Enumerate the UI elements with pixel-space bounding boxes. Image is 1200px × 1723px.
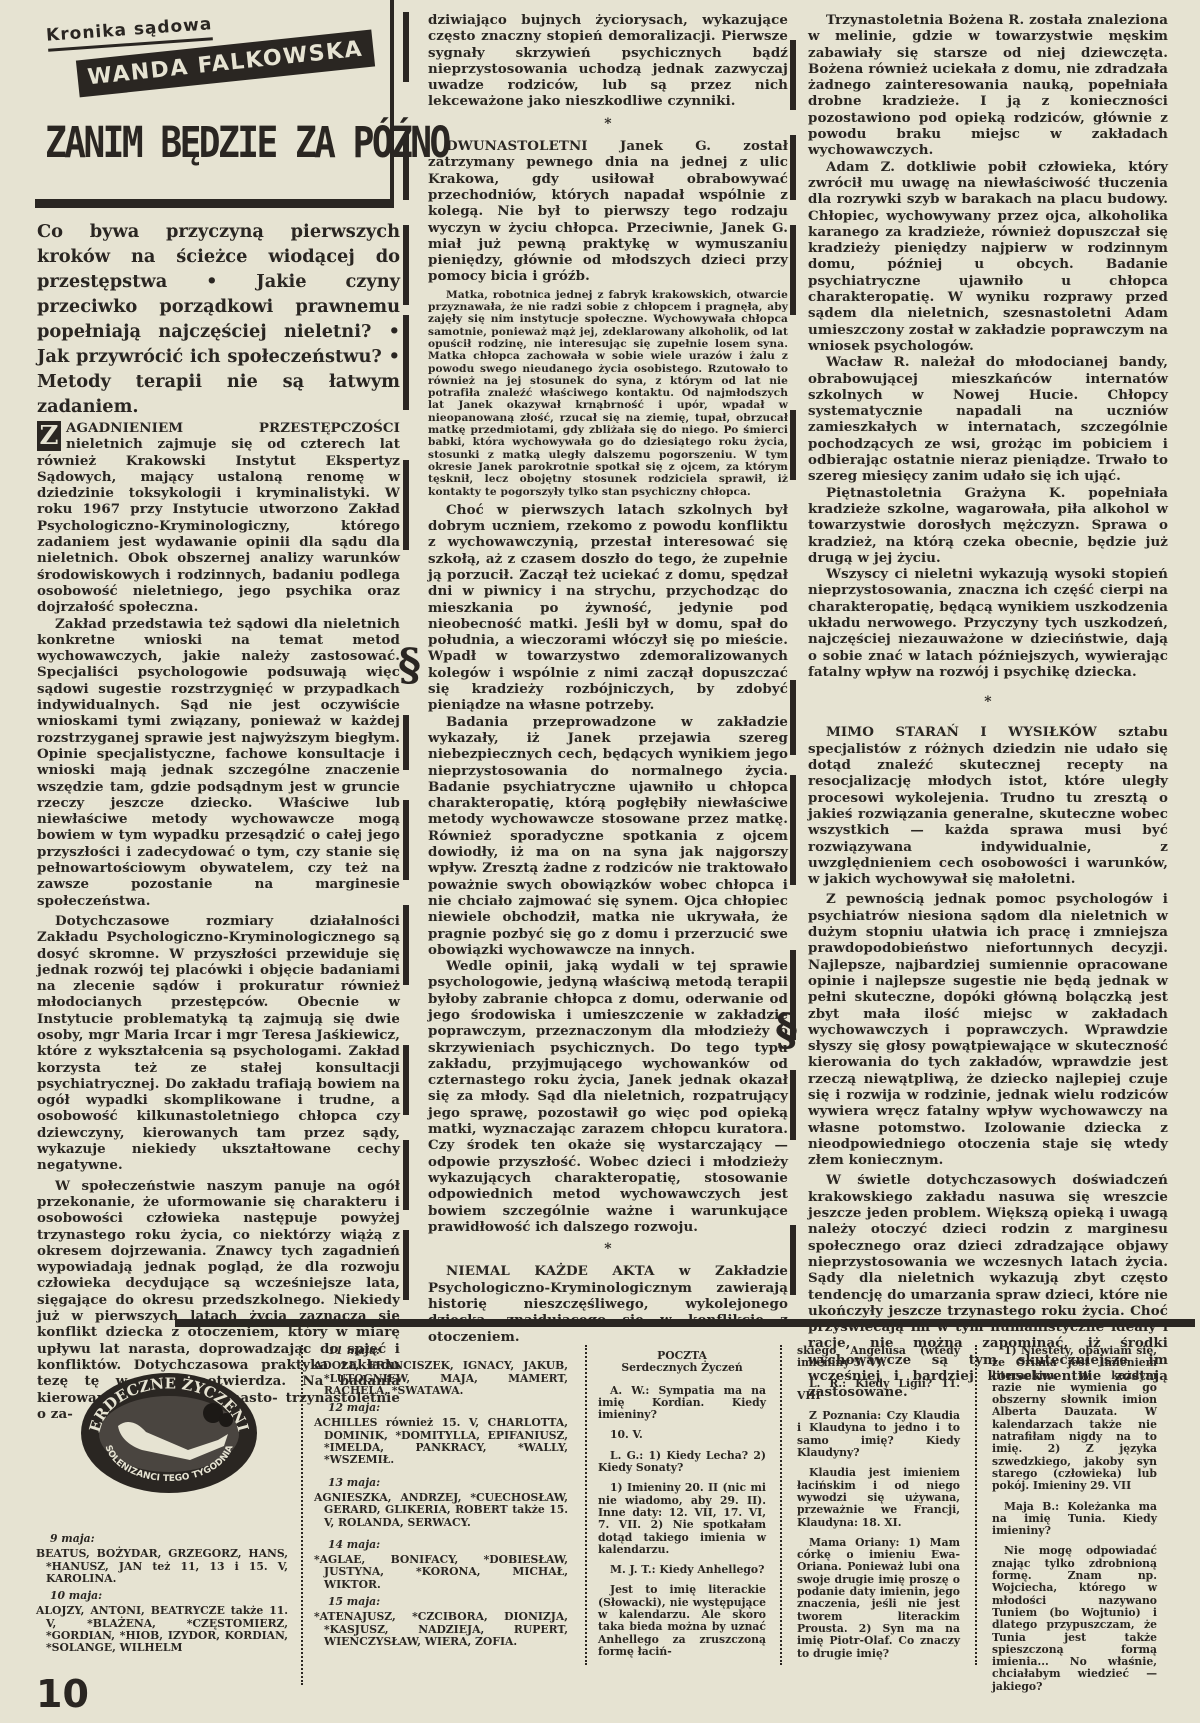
- mailbox-entry: 1) Niestety, obawiam się, że Oriana jest…: [992, 1345, 1157, 1493]
- article-paragraph: ZAGADNIENIEM PRZESTĘPCZOŚCI nieletnich z…: [37, 420, 400, 616]
- mailbox-column-3: 1) Niestety, obawiam się, że Oriana jest…: [992, 1345, 1157, 1701]
- article-headline: ZANIM BĘDZIE ZA PÓŹNO: [45, 118, 449, 168]
- column-rule: [790, 680, 796, 755]
- column-rule: [790, 1070, 796, 1140]
- mailbox-entry: Maja B.: Koleżanka ma na imię Tunia. Kie…: [992, 1501, 1157, 1538]
- column-rule: [790, 135, 796, 200]
- article-paragraph: DWUNASTOLETNI Janek G. został zatrzymany…: [428, 138, 788, 285]
- article-column-1: ZAGADNIENIEM PRZESTĘPCZOŚCI nieletnich z…: [37, 420, 400, 1422]
- column-rule: [790, 775, 796, 885]
- mailbox-entry: L. R.: Kiedy Ligii? 11. VIII: [797, 1378, 960, 1403]
- section-separator: *: [428, 1241, 788, 1257]
- mailbox-subtitle: Serdecznych Życzeń: [598, 1362, 766, 1374]
- mailbox-entry: A. W.: Sympatia ma na imię Kordian. Kied…: [598, 1385, 766, 1422]
- name-day-list: ADOLF, FRANCISZEK, IGNACY, JAKUB, *LUTOG…: [314, 1360, 568, 1397]
- mailbox-entry: 1) Imieniny 20. II (nic mi nie wiadomo, …: [598, 1482, 766, 1556]
- mailbox-column-2: skiego Angelusa (wtedy imieniny 5. V). L…: [797, 1345, 960, 1668]
- column-rule: [403, 1230, 409, 1300]
- column-rule: [403, 715, 409, 770]
- name-day-date: 11 maja:: [328, 1345, 568, 1357]
- dotted-divider: [301, 1345, 303, 1685]
- article-paragraph: Piętnastoletnia Grażyna K. popełniała kr…: [808, 485, 1168, 566]
- article-paragraph: Choć w pierwszych latach szkolnych był d…: [428, 502, 788, 714]
- mailbox-entry: L. G.: 1) Kiedy Lecha? 2) Kiedy Sonaty?: [598, 1450, 766, 1475]
- section-divider: [175, 1319, 1195, 1327]
- name-day-list: *AGLAE, BONIFACY, *DOBIESŁAW, JUSTYNA, *…: [314, 1554, 568, 1591]
- name-day-date: 12 maja:: [328, 1402, 568, 1414]
- mailbox-entry: Nie mogę odpowiadać znając tylko zdrobni…: [992, 1545, 1157, 1693]
- article-paragraph: Z pewnością jednak pomoc psychologów i p…: [808, 891, 1168, 1168]
- name-day-list: BEATUS, BOŻYDAR, GRZEGORZ, HANS, *HANUSZ…: [36, 1548, 288, 1585]
- paragraph-sign-icon: §: [775, 1005, 798, 1056]
- column-rule: [790, 410, 796, 480]
- article-paragraph: NIEMAL KAŻDE AKTA w Zakładzie Psychologi…: [428, 1263, 788, 1344]
- mailbox-entry: 10. V.: [598, 1429, 766, 1441]
- dotted-divider: [585, 1345, 587, 1665]
- article-column-2: dziwiająco bujnych życiorysach, wykazują…: [428, 12, 788, 1345]
- column-rule: [790, 1225, 796, 1295]
- drop-cap: Z: [37, 421, 61, 451]
- column-rule: [790, 40, 796, 110]
- paragraph-sign-icon: §: [398, 640, 421, 691]
- name-day-list: *ATENAJUSZ, *CZCIBORA, DIONIZJA, *KASJUS…: [314, 1611, 568, 1648]
- column-rule: [403, 800, 409, 880]
- article-paragraph: Wedle opinii, jaką wydali w tej sprawie …: [428, 958, 788, 1235]
- mailbox-entry: Klaudia jest imieniem łacińskim i od nie…: [797, 1467, 960, 1528]
- article-paragraph: Wacław R. należał do młodocianej bandy, …: [808, 354, 1168, 484]
- mailbox-entry: Z Poznania: Czy Klaudia i Klaudyna to je…: [797, 1410, 960, 1459]
- article-paragraph: Trzynastoletnia Bożena R. została znalez…: [808, 12, 1168, 159]
- newspaper-page: Kronika sądowa WANDA FALKOWSKA ZANIM BĘD…: [0, 0, 1200, 1723]
- name-day-list: AGNIESZKA, ANDRZEJ, *CUECHOSŁAW, GERARD,…: [314, 1492, 568, 1529]
- name-day-date: 14 maja:: [328, 1539, 568, 1551]
- article-paragraph: MIMO STARAŃ I WYSIŁKÓW sztabu specjalist…: [808, 724, 1168, 887]
- name-day-date: 13 maja:: [328, 1477, 568, 1489]
- article-lead: Co bywa przyczyną pierwszych kroków na ś…: [37, 219, 400, 419]
- mailbox-entry: Mama Oriany: 1) Mam córkę o imieniu Ewa-…: [797, 1537, 960, 1660]
- article-paragraph: Wszyscy ci nieletni wykazują wysoki stop…: [808, 566, 1168, 680]
- article-paragraph: Dotychczasowe rozmiary działalności Zakł…: [37, 913, 400, 1174]
- mailbox-entry: M. J. T.: Kiedy Anhellego?: [598, 1564, 766, 1576]
- article-paragraph: Adam Z. dotkliwie pobił człowieka, który…: [808, 159, 1168, 355]
- headline-frame-bottom: [35, 199, 394, 208]
- column-rule: [403, 1045, 409, 1115]
- name-day-list: ACHILLES również 15. V, CHARLOTTA, DOMIN…: [314, 1417, 568, 1466]
- name-day-date: 15 maja:: [328, 1596, 568, 1608]
- dotted-divider: [780, 1345, 782, 1665]
- page-number: 10: [36, 1672, 89, 1716]
- article-paragraph: dziwiająco bujnych życiorysach, wykazują…: [428, 12, 788, 110]
- greetings-logo-icon: SERDECZNE ŻYCZENIA SOLENIZANCI TEGO TYGO…: [78, 1368, 260, 1498]
- column-rule: [403, 905, 409, 985]
- article-paragraph: Zakład przedstawia też sądowi dla nielet…: [37, 616, 400, 909]
- name-days-column-2: 11 maja: ADOLF, FRANCISZEK, IGNACY, JAKU…: [314, 1340, 568, 1648]
- section-separator: *: [808, 694, 1168, 710]
- name-days-column-1: 9 maja: BEATUS, BOŻYDAR, GRZEGORZ, HANS,…: [36, 1528, 288, 1655]
- article-column-3: Trzynastoletnia Bożena R. została znalez…: [808, 12, 1168, 1401]
- dotted-divider: [975, 1345, 977, 1665]
- headline-frame-right: [390, 0, 394, 208]
- column-rule: [403, 1140, 409, 1210]
- column-rule: [403, 315, 409, 410]
- mailbox-entry: skiego Angelusa (wtedy imieniny 5. V).: [797, 1345, 960, 1370]
- mailbox-column-1: POCZTA Serdecznych Życzeń A. W.: Sympati…: [598, 1350, 766, 1666]
- column-rule: [403, 135, 409, 200]
- name-day-date: 9 maja:: [50, 1533, 288, 1545]
- section-separator: *: [428, 116, 788, 132]
- column-rule: [403, 12, 409, 82]
- column-rule: [403, 225, 409, 305]
- column-rule: [790, 225, 796, 315]
- article-paragraph: Badania przeprowadzone w zakładzie wykaz…: [428, 714, 788, 958]
- name-day-date: 10 maja:: [50, 1590, 288, 1602]
- name-day-list: ALOJZY, ANTONI, BEATRYCZE także 11. V, *…: [36, 1605, 288, 1654]
- mailbox-entry: Jest to imię literackie (Słowacki), nie …: [598, 1584, 766, 1658]
- column-rule: [403, 460, 409, 550]
- article-paragraph-small: Matka, robotnica jednej z fabryk krakows…: [428, 289, 788, 498]
